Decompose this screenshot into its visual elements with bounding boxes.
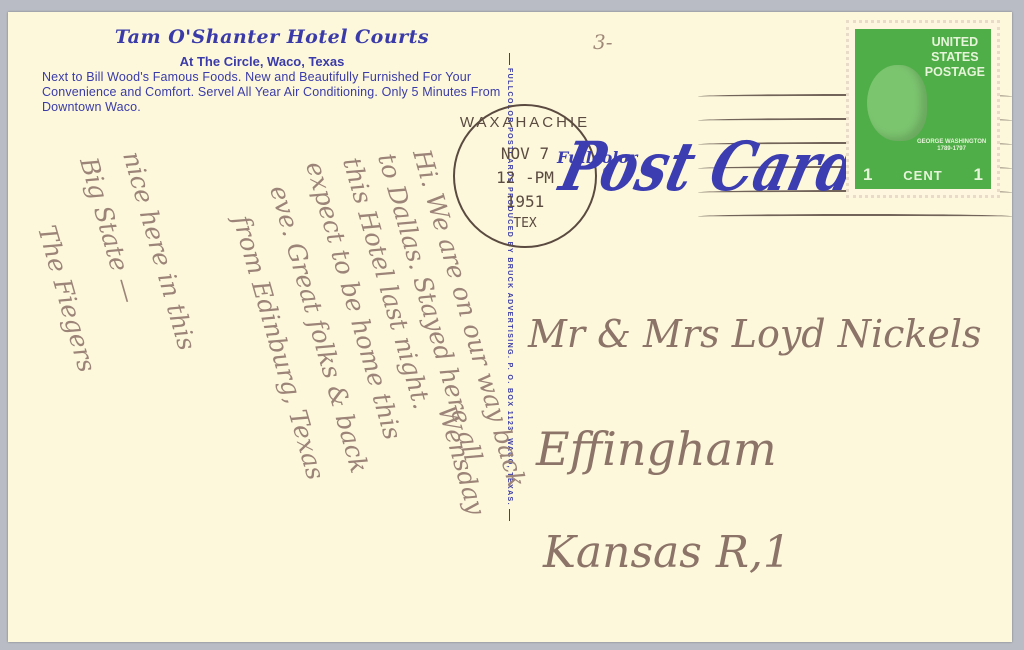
hotel-location: At The Circle, Waco, Texas <box>92 54 432 69</box>
postcard-back: Tam O'Shanter Hotel Courts At The Circle… <box>8 12 1012 642</box>
credit-rule <box>509 509 510 521</box>
stamp-caption: GEORGE WASHINGTON 1789-1797 <box>917 139 986 153</box>
stamp-title-line: POSTAGE <box>925 65 985 80</box>
hotel-header: Tam O'Shanter Hotel Courts At The Circle… <box>42 26 502 115</box>
cancel-line <box>698 214 1012 219</box>
stamp-caption-dates: 1789-1797 <box>917 146 986 153</box>
address-name: Mr & Mrs Loyd Nickels <box>528 312 982 356</box>
hotel-name: Tam O'Shanter Hotel Courts <box>102 26 442 48</box>
washington-portrait-icon <box>867 65 927 141</box>
copyright-icon: © <box>603 166 611 178</box>
stamp-value: 1 CENT 1 <box>863 165 983 185</box>
hotel-description: Next to Bill Wood's Famous Foods. New an… <box>42 70 512 115</box>
address-city: Effingham <box>536 422 777 476</box>
logo-brand: Fullcolor <box>557 148 637 167</box>
stamp-caption-name: GEORGE WASHINGTON <box>917 139 986 146</box>
stamp-title-line: STATES <box>925 50 985 65</box>
stamp-title-line: UNITED <box>925 35 985 50</box>
handwritten-message: Wensday Hi. We are on our way back to Da… <box>30 142 500 632</box>
message-line: The Fiegers <box>32 222 102 375</box>
pencil-note: 3- <box>593 30 612 54</box>
credit-rule <box>509 53 510 65</box>
address-state: Kansas R,1 <box>543 527 791 578</box>
stamp-face: UNITED STATES POSTAGE GEORGE WASHINGTON … <box>855 29 991 189</box>
postage-stamp: UNITED STATES POSTAGE GEORGE WASHINGTON … <box>846 20 1000 198</box>
stamp-value-left: 1 <box>863 165 872 185</box>
stamp-value-right: 1 <box>974 165 983 185</box>
stamp-value-label: CENT <box>903 168 942 183</box>
postmark-state: TEX <box>455 216 595 231</box>
stamp-title: UNITED STATES POSTAGE <box>925 35 985 80</box>
